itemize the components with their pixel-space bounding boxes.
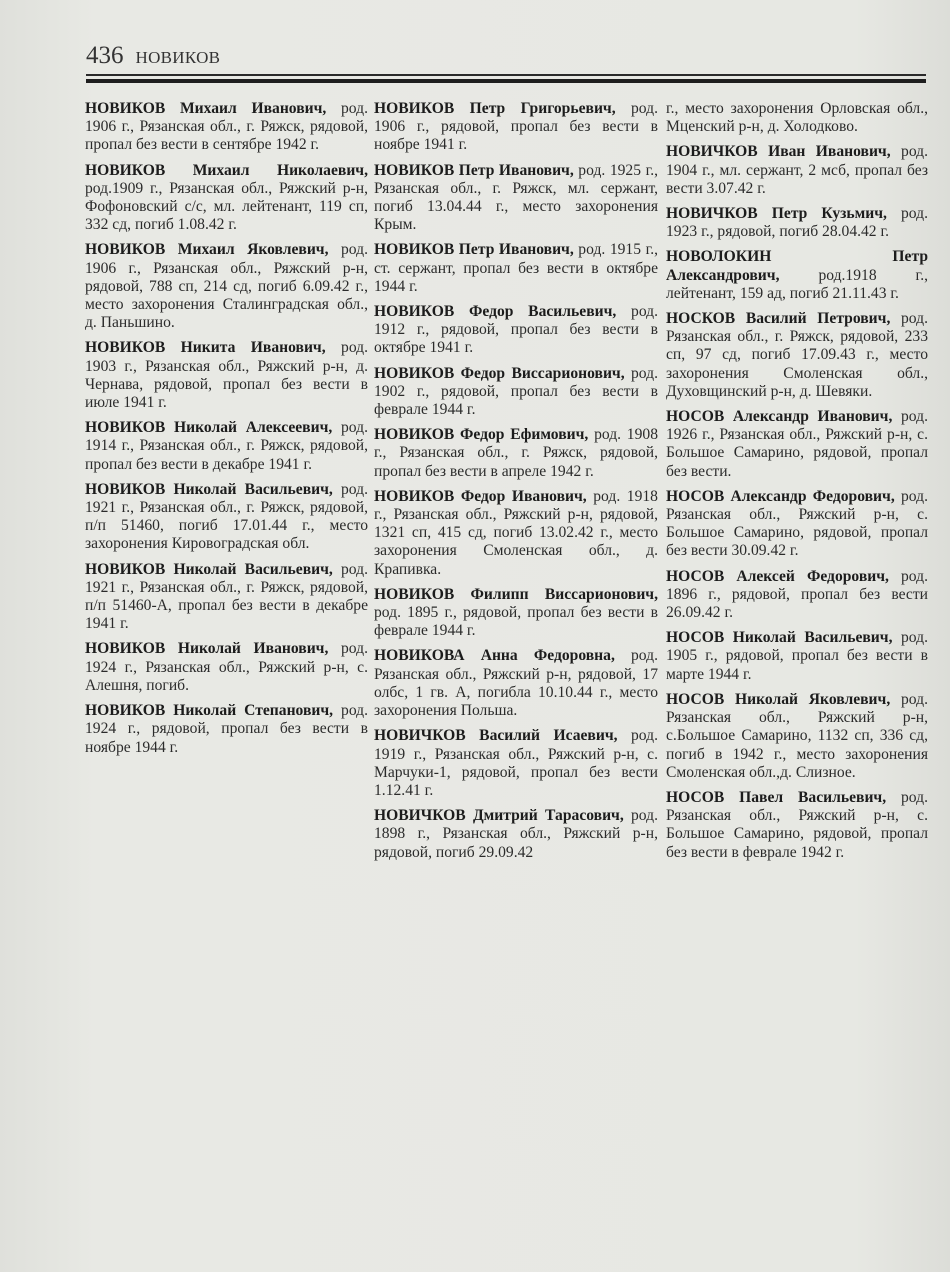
entry-given-name: Петр Григорьевич, [470, 100, 616, 117]
list-item: НОСОВ Александр Федорович, род. Рязанска… [666, 488, 928, 561]
entry-given-name: Михаил Иванович, [180, 100, 326, 117]
entry-given-name: Иван Иванович, [768, 143, 891, 160]
column-2: НОВИКОВ Петр Григорьевич, род. 1906 г., … [374, 100, 658, 869]
running-head: НОВИКОВ [136, 48, 221, 68]
entry-surname: НОВИКОВ [85, 100, 165, 117]
header-rule-thin [86, 74, 926, 76]
list-item: НОВИКОВА Анна Федоровна, род. Рязанская … [374, 647, 658, 720]
entry-given-name: Павел Васильевич, [739, 789, 886, 806]
list-item: НОВИКОВ Федор Ефимович, род. 1908 г., Ря… [374, 426, 658, 481]
entry-given-name: Никита Иванович, [181, 339, 326, 356]
entry-given-name: Николай Иванович, [178, 640, 328, 657]
entry-continuation: г., место захоронения Орловская обл., Мц… [666, 100, 928, 136]
list-item: НОВИКОВ Никита Иванович, род. 1903 г., Р… [85, 339, 368, 412]
entry-surname: НОВИКОВ [374, 303, 454, 320]
list-item: НОВИКОВ Федор Васильевич, род. 1912 г., … [374, 303, 658, 358]
entry-surname: НОСОВ [666, 488, 724, 505]
entry-given-name: Михаил Яковлевич, [178, 241, 329, 258]
entry-surname: НОВИКОВ [374, 100, 454, 117]
entry-given-name: Александр Иванович, [733, 408, 892, 425]
book-page: 436 НОВИКОВ НОВИКОВ Михаил Иванович, род… [0, 0, 950, 1272]
entry-given-name: Филипп Виссарионович, [471, 586, 659, 603]
entry-surname: НОВИЧКОВ [374, 807, 466, 824]
list-item: НОВИКОВ Николай Васильевич, род. 1921 г.… [85, 481, 368, 554]
entry-surname: НОСОВ [666, 568, 724, 585]
entry-surname: НОВИЧКОВ [666, 205, 758, 222]
entry-given-name: Николай Алексеевич, [174, 419, 332, 436]
entry-given-name: Петр Иванович, [459, 241, 574, 258]
list-item: НОСКОВ Василий Петрович, род. Рязанская … [666, 310, 928, 401]
entry-surname: НОВИКОВ [374, 586, 454, 603]
header-rule-thick [86, 79, 926, 83]
entry-given-name: Дмитрий Тарасович, [473, 807, 624, 824]
list-item: НОВИЧКОВ Иван Иванович, род. 1904 г., мл… [666, 143, 928, 198]
list-item: НОВИЧКОВ Петр Кузьмич, род. 1923 г., ряд… [666, 205, 928, 241]
list-item: НОВИЧКОВ Василий Исаевич, род. 1919 г., … [374, 727, 658, 800]
entry-surname: НОВИКОВ [85, 339, 165, 356]
column-1: НОВИКОВ Михаил Иванович, род. 1906 г., Р… [85, 100, 368, 764]
entry-given-name: Федор Ефимович, [460, 426, 588, 443]
entry-given-name: Александр Федорович, [731, 488, 895, 505]
list-item: НОВИКОВ Николай Алексеевич, род. 1914 г.… [85, 419, 368, 474]
entry-surname: НОВИКОВ [85, 419, 165, 436]
entry-surname: НОВИЧКОВ [374, 727, 466, 744]
column-3: г., место захоронения Орловская обл., Мц… [666, 100, 928, 869]
list-item: НОВИКОВ Николай Иванович, род. 1924 г., … [85, 640, 368, 695]
list-item: НОВИКОВ Петр Иванович, род. 1925 г., Ряз… [374, 162, 658, 235]
entry-given-name: Николай Васильевич, [733, 629, 893, 646]
entry-given-name: Николай Васильевич, [173, 481, 332, 498]
entry-surname: НОСОВ [666, 408, 724, 425]
entry-surname: НОСОВ [666, 789, 724, 806]
entry-given-name: Федор Васильевич, [469, 303, 616, 320]
entry-given-name: Михаил Николаевич, [193, 162, 368, 179]
entry-given-name: Николай Васильевич, [173, 561, 332, 578]
list-item: НОВОЛОКИН Петр Александрович, род.1918 г… [666, 248, 928, 303]
entry-surname: НОВИКОВ [374, 488, 454, 505]
entry-surname: НОВИЧКОВ [666, 143, 758, 160]
list-item: НОВИКОВ Михаил Иванович, род. 1906 г., Р… [85, 100, 368, 155]
entry-surname: НОСОВ [666, 691, 724, 708]
entry-surname: НОВОЛОКИН [666, 248, 771, 265]
list-item: НОВИКОВ Николай Степанович, род. 1924 г.… [85, 702, 368, 757]
entry-given-name: Василий Исаевич, [479, 727, 617, 744]
entry-surname: НОВИКОВ [85, 561, 165, 578]
list-item: НОСОВ Николай Васильевич, род. 1905 г., … [666, 629, 928, 684]
list-item: НОВИКОВ Филипп Виссарионович, род. 1895 … [374, 586, 658, 641]
entry-given-name: Василий Петрович, [746, 310, 891, 327]
list-item: НОВИКОВ Федор Виссарионович, род. 1902 г… [374, 365, 658, 420]
bleed-through-text [675, 855, 930, 1055]
entry-surname: НОВИКОВ [85, 481, 165, 498]
entry-surname: НОВИКОВ [374, 365, 454, 382]
list-item: НОВИКОВ Михаил Яковлевич, род. 1906 г., … [85, 241, 368, 332]
entry-surname: НОСКОВ [666, 310, 735, 327]
entry-given-name: Петр Иванович, [459, 162, 574, 179]
entry-surname: НОВИКОВ [374, 426, 454, 443]
list-item: НОСОВ Алексей Федорович, род. 1896 г., р… [666, 568, 928, 623]
entry-details: род. 1895 г., рядовой, пропал без вести … [374, 604, 658, 639]
list-item: НОВИКОВ Федор Иванович, род. 1918 г., Ря… [374, 488, 658, 579]
page-header: 436 НОВИКОВ [86, 42, 220, 72]
page-number: 436 [86, 42, 124, 70]
list-item: НОСОВ Павел Васильевич, род. Рязанская о… [666, 789, 928, 862]
entry-given-name: Анна Федоровна, [481, 647, 615, 664]
entry-surname: НОВИКОВ [85, 241, 165, 258]
list-item: НОВИКОВ Петр Григорьевич, род. 1906 г., … [374, 100, 658, 155]
entry-given-name: Федор Иванович, [461, 488, 587, 505]
list-item: НОСОВ Александр Иванович, род. 1926 г., … [666, 408, 928, 481]
bleed-through-text [380, 880, 650, 1170]
list-item: НОВИКОВ Петр Иванович, род. 1915 г., ст.… [374, 241, 658, 296]
entry-surname: НОВИКОВ [85, 640, 165, 657]
list-item: НОВИКОВ Николай Васильевич, род. 1921 г.… [85, 561, 368, 634]
entry-surname: НОВИКОВ [85, 162, 165, 179]
entry-surname: НОВИКОВ [374, 162, 454, 179]
entry-details: род.1909 г., Рязанская обл., Ряжский р-н… [85, 180, 368, 233]
list-item: НОВИЧКОВ Дмитрий Тарасович, род. 1898 г.… [374, 807, 658, 862]
entry-given-name: Петр Кузьмич, [772, 205, 887, 222]
entry-surname: НОВИКОВ [374, 241, 454, 258]
entry-surname: НОСОВ [666, 629, 724, 646]
entry-given-name: Федор Виссарионович, [461, 365, 625, 382]
list-item: НОВИКОВ Михаил Николаевич, род.1909 г., … [85, 162, 368, 235]
entry-given-name: Николай Яковлевич, [735, 691, 890, 708]
list-item: НОСОВ Николай Яковлевич, род. Рязанская … [666, 691, 928, 782]
entry-given-name: Алексей Федорович, [736, 568, 889, 585]
entry-given-name: Николай Степанович, [173, 702, 333, 719]
entry-surname: НОВИКОВА [374, 647, 465, 664]
entry-surname: НОВИКОВ [85, 702, 165, 719]
